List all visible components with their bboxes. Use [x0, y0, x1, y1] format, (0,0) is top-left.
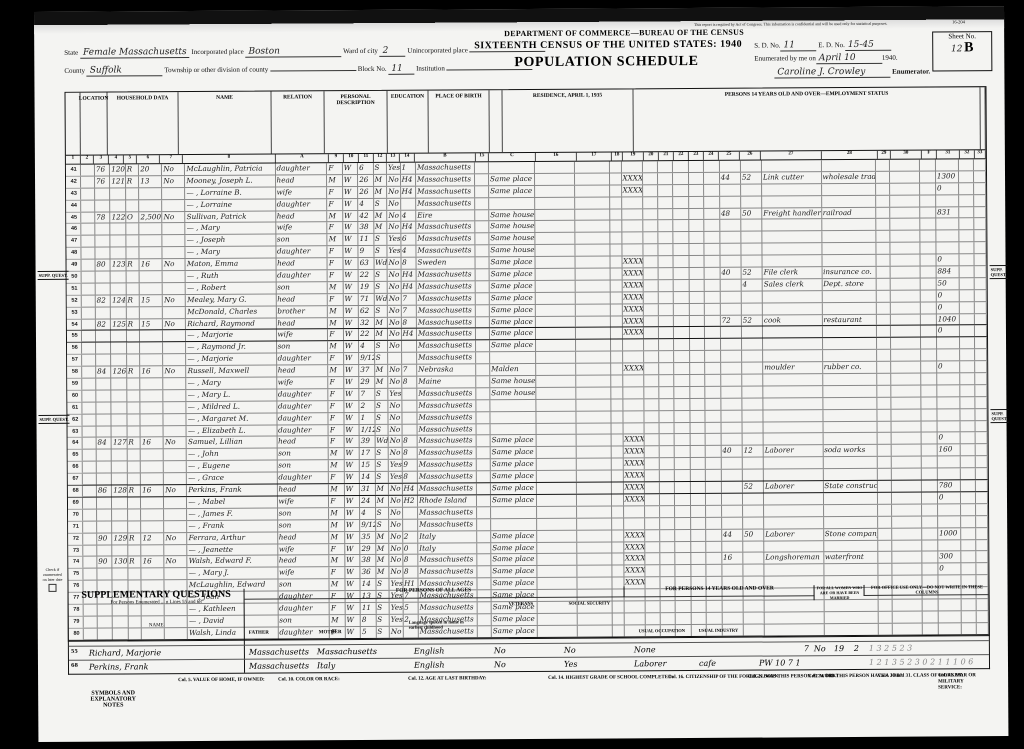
cell-hrs: 40: [721, 446, 742, 457]
cell-wks: [743, 553, 764, 564]
cell-hrs: [722, 517, 743, 528]
cell-empty: [644, 458, 659, 469]
cell-empty: [876, 207, 890, 218]
cell-empty: [476, 293, 490, 304]
cell-inc: [936, 231, 959, 242]
cell-empty: [645, 482, 660, 493]
cell-empty: [890, 267, 921, 278]
cell-w: [624, 518, 645, 529]
cell-inc: 0: [937, 433, 960, 444]
cell-empty: [659, 339, 674, 350]
cell-sch: No: [389, 531, 403, 542]
cell-empty: [921, 195, 936, 206]
cell-vis: [111, 236, 126, 247]
cell-vis: [110, 200, 125, 211]
cell-vis: [111, 271, 126, 282]
line-number: 46: [66, 224, 81, 235]
cell-race: W: [344, 377, 359, 388]
cell-w: [622, 245, 643, 256]
cell-sch: No: [388, 305, 402, 316]
cell-empty: [576, 316, 611, 327]
table-body: 12345678A91011121314B15C1617181920212223…: [66, 150, 989, 640]
cell-wks: [743, 470, 764, 481]
cell-res: Same house: [489, 233, 535, 244]
cell-house: [96, 283, 111, 294]
cell-house: [97, 462, 112, 473]
cell-sch: No: [388, 329, 402, 340]
cell-empty: [976, 480, 988, 491]
cell-rel: wife: [277, 496, 329, 507]
cell-sex: F: [330, 544, 345, 555]
cell-sch: No: [388, 258, 402, 269]
cell-empty: [690, 422, 705, 433]
cell-w: XXXX: [622, 256, 643, 267]
cell-empty: [610, 221, 622, 232]
cell-val: [139, 188, 162, 199]
cell-house: [96, 414, 111, 425]
cell-sex: F: [328, 223, 343, 234]
cell-empty: [576, 221, 611, 232]
schedule-title: POPULATION SCHEDULE: [514, 54, 698, 71]
cell-empty: [535, 162, 575, 173]
cell-rel: daughter: [277, 472, 329, 483]
cell-inc: [938, 504, 961, 515]
line-number: 44: [66, 200, 81, 211]
cell-wks: 52: [741, 172, 762, 183]
cell-empty: [960, 350, 975, 361]
cell-res: Same place: [491, 471, 537, 482]
cell-empty: [689, 197, 704, 208]
cell-occ: [764, 422, 824, 433]
cell-empty: [877, 302, 891, 313]
line-number: 63: [68, 426, 83, 437]
cell-empty: [705, 232, 720, 243]
cell-street: [82, 200, 96, 211]
cell-w: [623, 387, 644, 398]
cell-empty: [659, 304, 674, 315]
cell-w: [623, 399, 644, 410]
cell-street: [84, 545, 98, 556]
cell-own: [126, 248, 140, 259]
cell-val: 12: [141, 533, 164, 544]
cell-empty: [705, 292, 720, 303]
cell-wks: [743, 505, 764, 516]
cell-rel: son: [276, 235, 328, 246]
cell-empty: [611, 375, 623, 386]
cell-empty: [878, 409, 892, 420]
cell-empty: [705, 363, 720, 374]
cell-street: [83, 509, 97, 520]
cell-res: Same house: [489, 245, 535, 256]
cell-empty: [476, 341, 490, 352]
cell-empty: [705, 268, 720, 279]
cell-vis: [111, 331, 126, 342]
form-id: 16-204: [952, 19, 965, 24]
cell-occ: moulder: [763, 362, 823, 373]
cell-empty: [536, 376, 576, 387]
cell-empty: [706, 494, 721, 505]
cell-street: [82, 343, 96, 354]
cell-empty: [690, 292, 705, 303]
cell-empty: [477, 436, 491, 447]
cell-empty: [536, 400, 576, 411]
cell-rel: wife: [278, 544, 330, 555]
cell-empty: [477, 459, 491, 470]
cell-empty: [676, 541, 691, 552]
cell-empty: [976, 456, 988, 467]
cell-vis: [113, 545, 128, 556]
cell-street: [84, 533, 98, 544]
cell-empty: [921, 302, 936, 313]
cell-res: Same place: [489, 186, 535, 197]
cell-name: Russell, Maxwell: [187, 366, 277, 377]
cell-rel: head: [277, 437, 329, 448]
cell-empty: [675, 494, 690, 505]
cell-hrs: [721, 398, 742, 409]
cell-empty: [645, 530, 660, 541]
cell-age: 15: [360, 460, 375, 471]
cell-birth: Italy: [418, 543, 478, 554]
cell-sex: F: [329, 472, 344, 483]
cell-wks: [742, 327, 763, 338]
cell-hrs: [721, 375, 742, 386]
cell-empty: [705, 244, 720, 255]
line-number: 70: [68, 510, 83, 521]
cell-empty: [658, 232, 673, 243]
cell-inc: [937, 350, 960, 361]
cell-empty: [643, 304, 658, 315]
cell-empty: [705, 339, 720, 350]
cell-age: 22: [359, 329, 374, 340]
line-number: 47: [66, 236, 81, 247]
cell-sch: No: [389, 484, 403, 495]
cell-empty: [975, 314, 987, 325]
cell-empty: [644, 328, 659, 339]
cell-name: Mealey, Mary G.: [186, 294, 276, 305]
cell-empty: [691, 506, 706, 517]
cell-empty: [877, 291, 891, 302]
line-number: 65: [68, 450, 83, 461]
line-number: 43: [66, 188, 81, 199]
cell-grade: 1: [400, 163, 415, 174]
cell-res: Same place: [491, 554, 537, 565]
cell-empty: [959, 171, 974, 182]
cell-mar: S: [375, 424, 389, 435]
cell-empty: [689, 244, 704, 255]
cell-empty: [674, 209, 689, 220]
cell-empty: [877, 231, 891, 242]
cell-sex: M: [329, 448, 344, 459]
cell-empty: [611, 340, 623, 351]
cell-empty: [644, 423, 659, 434]
cell-empty: [959, 242, 974, 253]
cell-empty: [960, 266, 975, 277]
cell-empty: [921, 231, 936, 242]
cell-street: [81, 188, 95, 199]
cell-grade: H4: [401, 222, 416, 233]
cell-w: XXXX: [622, 185, 643, 196]
cell-birth: Massachusetts: [417, 305, 477, 316]
cell-empty: [961, 528, 976, 539]
cell-hrs: [722, 470, 743, 481]
cell-inc: [938, 516, 961, 527]
cell-empty: [975, 242, 987, 253]
cell-empty: [612, 447, 624, 458]
cell-hrs: [721, 339, 742, 350]
cell-farm: No: [164, 533, 187, 544]
cell-empty: [537, 566, 577, 577]
cell-val: 15: [140, 319, 163, 330]
cell-empty: [577, 494, 612, 505]
cell-mar: S: [375, 413, 389, 424]
cell-res: Same house: [489, 221, 535, 232]
cell-empty: [477, 495, 491, 506]
cell-empty: [892, 481, 923, 492]
cell-empty: [674, 316, 689, 327]
cell-empty: [577, 364, 612, 375]
cell-grade: [403, 519, 418, 530]
line-number: 67: [68, 474, 83, 485]
cell-farm: [164, 473, 187, 484]
cell-house: [97, 509, 112, 520]
cell-name: — , Mildred L.: [187, 401, 277, 412]
cell-farm: No: [165, 556, 188, 567]
cell-empty: [975, 219, 987, 230]
cell-grade: H4: [401, 282, 416, 293]
cell-ind: Dept. store: [822, 279, 877, 290]
cell-res: [490, 352, 536, 363]
ss-col-header: SOCIAL SECURITY: [569, 600, 610, 605]
cell-hrs: [721, 422, 742, 433]
cell-empty: [921, 255, 936, 266]
cell-rel: brother: [276, 306, 328, 317]
cell-empty: [877, 255, 891, 266]
line-number: 51: [67, 284, 82, 295]
later-date-checkbox[interactable]: Check if enumerated on later date: [41, 567, 63, 594]
cell-sex: F: [329, 401, 344, 412]
cell-empty: [535, 233, 575, 244]
cell-empty: [690, 375, 705, 386]
cell-grade: 7: [401, 293, 416, 304]
cell-empty: [976, 433, 988, 444]
cell-vis: [112, 390, 127, 401]
cell-val: [141, 521, 164, 532]
cell-race: W: [344, 318, 359, 329]
cell-empty: [610, 173, 622, 184]
cell-empty: [690, 315, 705, 326]
cell-empty: [977, 552, 989, 563]
cell-empty: [477, 364, 491, 375]
cell-empty: [576, 233, 611, 244]
cell-birth: Massachusetts: [417, 341, 477, 352]
cell-hrs: [721, 351, 742, 362]
cell-sex: F: [328, 353, 343, 364]
cell-empty: [892, 504, 923, 515]
cell-empty: [577, 376, 612, 387]
cell-race: W: [344, 448, 359, 459]
cell-sch: No: [388, 294, 402, 305]
cell-hrs: 44: [722, 529, 743, 540]
cell-own: R: [126, 164, 140, 175]
cell-empty: [611, 304, 623, 315]
cell-empty: [643, 280, 658, 291]
cell-inc: [936, 243, 959, 254]
cell-house: [97, 569, 112, 580]
cell-empty: [959, 219, 974, 230]
cell-house: 86: [97, 486, 112, 497]
cell-mar: S: [375, 460, 389, 471]
cell-val: [141, 461, 164, 472]
cell-empty: [576, 209, 611, 220]
cell-own: [127, 331, 141, 342]
cell-empty: [477, 483, 491, 494]
cell-vis: 127: [112, 438, 127, 449]
cell-empty: [536, 388, 576, 399]
cell-hrs: [720, 196, 741, 207]
cell-sch: No: [387, 222, 401, 233]
cell-vis: 120: [110, 164, 125, 175]
cell-empty: [610, 233, 622, 244]
cell-wks: [742, 375, 763, 386]
cell-race: W: [345, 532, 360, 543]
cell-farm: No: [164, 485, 187, 496]
cell-empty: [922, 481, 937, 492]
cell-empty: [691, 494, 706, 505]
cell-street: [82, 236, 96, 247]
cell-farm: [164, 461, 187, 472]
cell-grade: [402, 389, 417, 400]
cell-empty: [877, 267, 891, 278]
cell-occ: [763, 291, 823, 302]
cell-wks: [742, 434, 763, 445]
cell-street: [84, 557, 98, 568]
cell-res: Same place: [490, 340, 536, 351]
cell-occ: [764, 457, 824, 468]
cell-empty: [976, 504, 988, 515]
cell-inc: [936, 159, 959, 170]
cell-name: — , Mary L.: [187, 389, 277, 400]
cell-empty: [689, 220, 704, 231]
cell-mar: M: [376, 496, 390, 507]
cell-name: — , Raymond Jr.: [186, 342, 276, 353]
cell-grade: H2: [403, 496, 418, 507]
cell-empty: [645, 565, 660, 576]
cell-empty: [690, 327, 705, 338]
cell-val: [140, 331, 163, 342]
cell-empty: [892, 516, 923, 527]
cell-empty: [660, 423, 675, 434]
cell-ind: railroad: [822, 207, 877, 218]
line-number: 60: [67, 391, 82, 402]
cell-empty: [674, 185, 689, 196]
cell-empty: [975, 302, 987, 313]
cell-inc: 884: [936, 266, 959, 277]
cell-hrs: [720, 184, 741, 195]
cell-hrs: [720, 291, 741, 302]
cell-empty: [704, 196, 719, 207]
cell-empty: [975, 207, 987, 218]
cell-wks: [741, 196, 762, 207]
cell-inc: [937, 385, 960, 396]
cell-empty: [673, 173, 688, 184]
cell-birth: Massachusetts: [417, 424, 477, 435]
cell-empty: [961, 480, 976, 491]
cell-sex: F: [329, 437, 344, 448]
cell-grade: 2: [403, 531, 418, 542]
cell-age: 22: [359, 270, 374, 281]
cell-empty: [660, 446, 675, 457]
cell-empty: [643, 221, 658, 232]
cell-empty: [610, 161, 622, 172]
cell-farm: [163, 247, 186, 258]
cell-wks: [742, 363, 763, 374]
cell-w: [622, 197, 643, 208]
cell-empty: [658, 185, 673, 196]
language-col-header: Language spoken in home in earliest chil…: [409, 619, 479, 629]
cell-own: [126, 271, 140, 282]
cell-empty: [612, 506, 624, 517]
cell-empty: [961, 445, 976, 456]
cell-val: 16: [141, 438, 164, 449]
cell-street: [83, 498, 97, 509]
cell-empty: [690, 399, 705, 410]
cell-wks: 52: [741, 268, 762, 279]
cell-empty: [975, 266, 987, 277]
cell-empty: [878, 493, 892, 504]
cell-empty: [691, 482, 706, 493]
cell-wks: 50: [743, 529, 764, 540]
cell-empty: [892, 493, 923, 504]
cell-empty: [478, 555, 492, 566]
cell-name: Samuel, Lillian: [187, 437, 277, 448]
cell-name: — , Margaret M.: [187, 413, 277, 424]
cell-street: [82, 260, 96, 271]
cell-empty: [576, 268, 611, 279]
cell-empty: [576, 328, 611, 339]
cell-hrs: [720, 232, 741, 243]
cell-own: [126, 236, 140, 247]
cell-empty: [659, 244, 674, 255]
cell-sch: No: [388, 341, 402, 352]
cell-race: W: [345, 555, 360, 566]
cell-occ: cook: [763, 315, 823, 326]
cell-street: [83, 426, 97, 437]
cell-age: 26: [358, 175, 373, 186]
explanatory-notes: SYMBOLS AND EXPLANATORY NOTES Col. 5. VA…: [68, 671, 988, 729]
cell-empty: [878, 386, 892, 397]
cell-name: McLaughlin, Patricia: [185, 164, 275, 175]
cell-birth: Massachusetts: [418, 519, 478, 530]
cell-empty: [960, 373, 975, 384]
cell-inc: [937, 409, 960, 420]
cell-w: [623, 411, 644, 422]
cell-name: — , Mary: [186, 223, 276, 234]
cell-empty: [644, 363, 659, 374]
cell-hrs: [722, 541, 743, 552]
cell-empty: [961, 516, 976, 527]
cell-farm: [164, 390, 187, 401]
cell-inc: 0: [938, 492, 961, 503]
supp-marker-55: SUPP. QUEST.: [38, 271, 69, 280]
cell-rel: son: [278, 508, 330, 519]
cell-empty: [675, 446, 690, 457]
cell-own: [127, 462, 141, 473]
cell-sex: F: [328, 258, 343, 269]
cell-empty: [537, 423, 577, 434]
cell-age: 42: [358, 210, 373, 221]
cell-empty: [705, 256, 720, 267]
cell-empty: [644, 387, 659, 398]
